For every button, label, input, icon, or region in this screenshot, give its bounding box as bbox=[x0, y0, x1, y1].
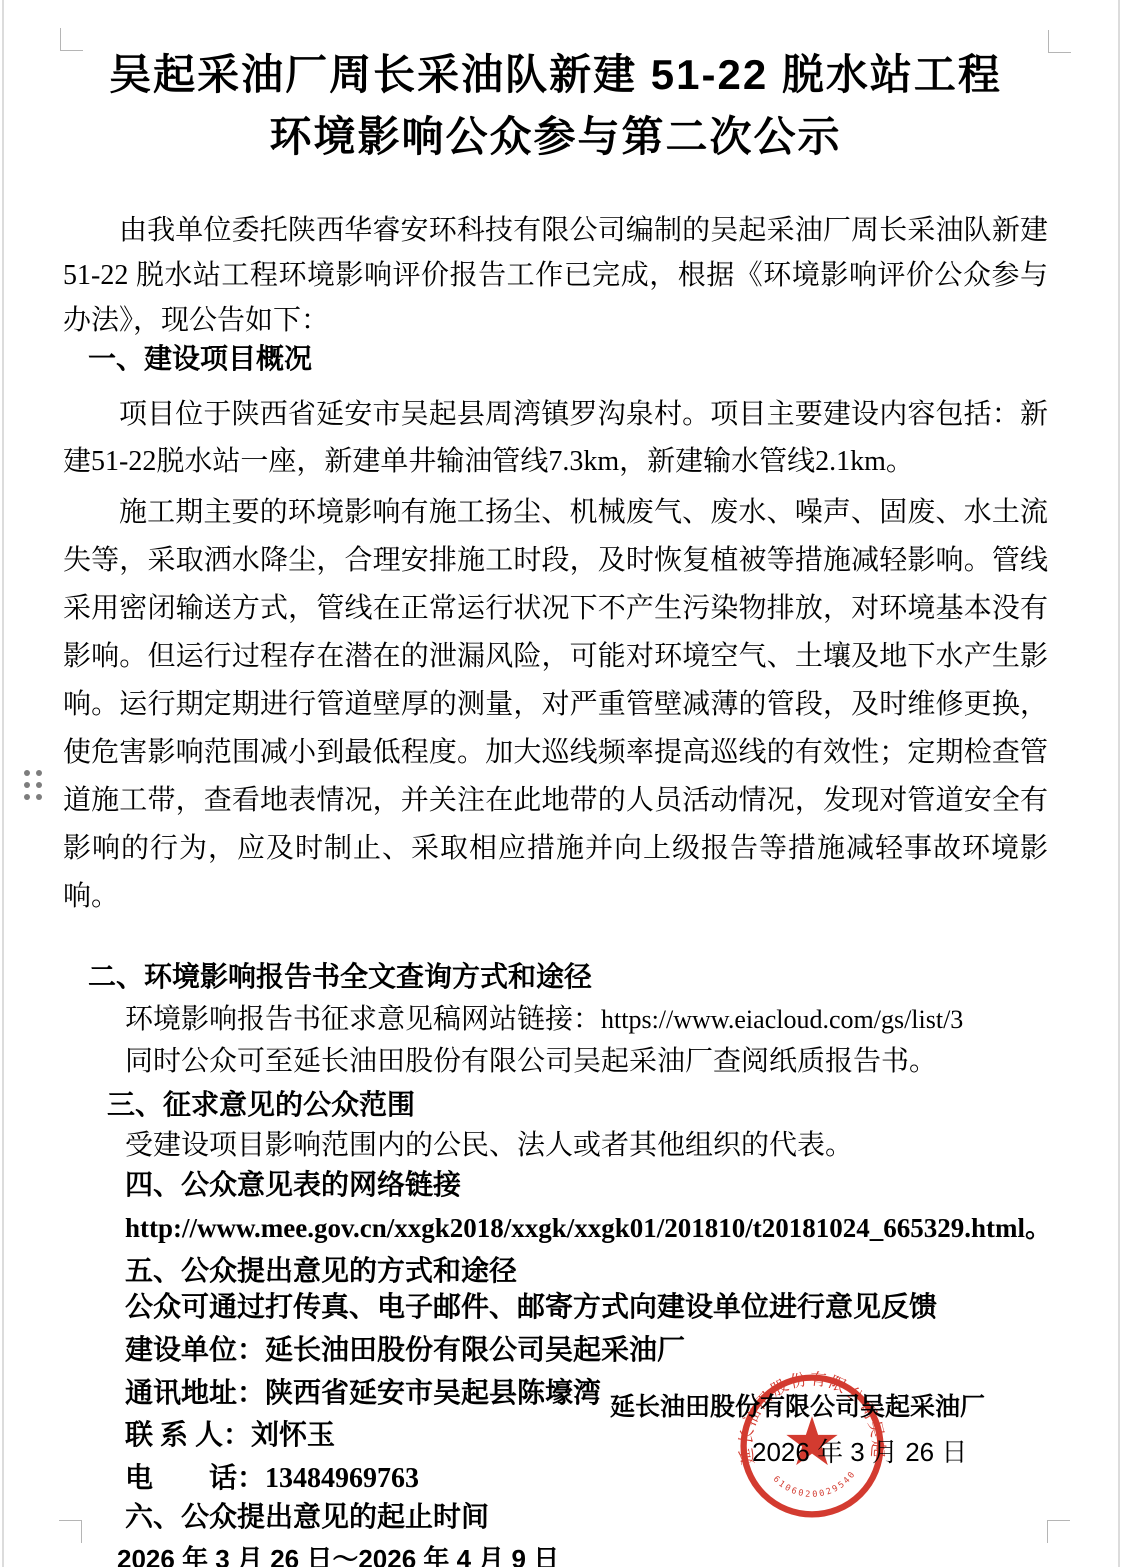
page-edge-left bbox=[2, 0, 4, 1567]
intro-paragraph: 由我单位委托陕西华睿安环科技有限公司编制的吴起采油厂周长采油队新建 51-22 … bbox=[63, 208, 1048, 343]
svg-text:6106020029540: 6106020029540 bbox=[771, 1469, 859, 1500]
document-page: 吴起采油厂周长采油队新建 51-22 脱水站工程 环境影响公众参与第二次公示 由… bbox=[63, 44, 1048, 1567]
section2-heading: 二、环境影响报告书全文查询方式和途径 bbox=[88, 963, 1048, 993]
section1-heading: 一、建设项目概况 bbox=[88, 345, 1048, 375]
comment-period-line: 2026 年 3 月 26 日～2026 年 4 月 9 日 bbox=[117, 1544, 1048, 1567]
margin-crop-mark-bottom-right bbox=[1047, 1520, 1070, 1543]
margin-crop-mark-top-right bbox=[1048, 30, 1071, 53]
mailing-address-label: 通讯地址： bbox=[125, 1378, 265, 1409]
construction-unit-label: 建设单位： bbox=[125, 1335, 265, 1366]
phone-value: 13484969763 bbox=[265, 1463, 419, 1494]
public-scope-line: 受建设项目影响范围内的公民、法人或者其他组织的代表。 bbox=[125, 1131, 1048, 1161]
construction-unit-line: 建设单位：延长油田股份有限公司吴起采油厂 bbox=[125, 1336, 1048, 1366]
mailing-address-value: 陕西省延安市吴起县陈壕湾 bbox=[265, 1378, 601, 1409]
phone-line: 电 话：13484969763 bbox=[125, 1464, 1048, 1494]
phone-label: 电 话： bbox=[125, 1463, 265, 1494]
official-seal-stamp: 延长油田股份有限公司吴起采油厂 6106020029540 bbox=[722, 1356, 902, 1536]
report-link-url[interactable]: https://www.eiacloud.com/gs/list/3 bbox=[601, 1005, 963, 1034]
section6-heading: 六、公众提出意见的起止时间 bbox=[125, 1503, 1048, 1533]
block-drag-handle-icon[interactable] bbox=[24, 770, 42, 800]
contact-person-value: 刘怀玉 bbox=[251, 1420, 335, 1451]
construction-unit-value: 延长油田股份有限公司吴起采油厂 bbox=[265, 1335, 685, 1366]
section1-paragraph-impacts: 施工期主要的环境影响有施工扬尘、机械废气、废水、噪声、固废、水土流失等，采取洒水… bbox=[63, 489, 1048, 921]
page-edge-right bbox=[1118, 0, 1120, 1567]
page-title: 吴起采油厂周长采油队新建 51-22 脱水站工程 环境影响公众参与第二次公示 bbox=[63, 44, 1048, 168]
contact-person-label: 联 系 人： bbox=[125, 1420, 251, 1451]
feedback-methods-line: 公众可通过打传真、电子邮件、邮寄方式向建设单位进行意见反馈 bbox=[125, 1293, 1048, 1323]
section1-paragraph-location: 项目位于陕西省延安市吴起县周湾镇罗沟泉村。项目主要建设内容包括：新建51-22脱… bbox=[63, 391, 1048, 485]
page-title-line1: 吴起采油厂周长采油队新建 51-22 脱水站工程 bbox=[63, 44, 1048, 106]
section5-heading: 五、公众提出意见的方式和途径 bbox=[125, 1257, 1048, 1287]
report-link-line: 环境影响报告书征求意见稿网站链接：https://www.eiacloud.co… bbox=[125, 1005, 1048, 1035]
report-link-label: 环境影响报告书征求意见稿网站链接： bbox=[125, 1004, 601, 1035]
section3-heading: 三、征求意见的公众范围 bbox=[107, 1091, 1048, 1121]
seal-serial-number: 6106020029540 bbox=[771, 1469, 859, 1500]
opinion-form-url[interactable]: http://www.mee.gov.cn/xxgk2018/xxgk/xxgk… bbox=[125, 1213, 1048, 1243]
section4-heading: 四、公众意见表的网络链接 bbox=[125, 1171, 1048, 1201]
seal-star-icon bbox=[786, 1416, 837, 1465]
paper-report-line: 同时公众可至延长油田股份有限公司吴起采油厂查阅纸质报告书。 bbox=[125, 1047, 1048, 1077]
page-title-line2: 环境影响公众参与第二次公示 bbox=[63, 106, 1048, 168]
